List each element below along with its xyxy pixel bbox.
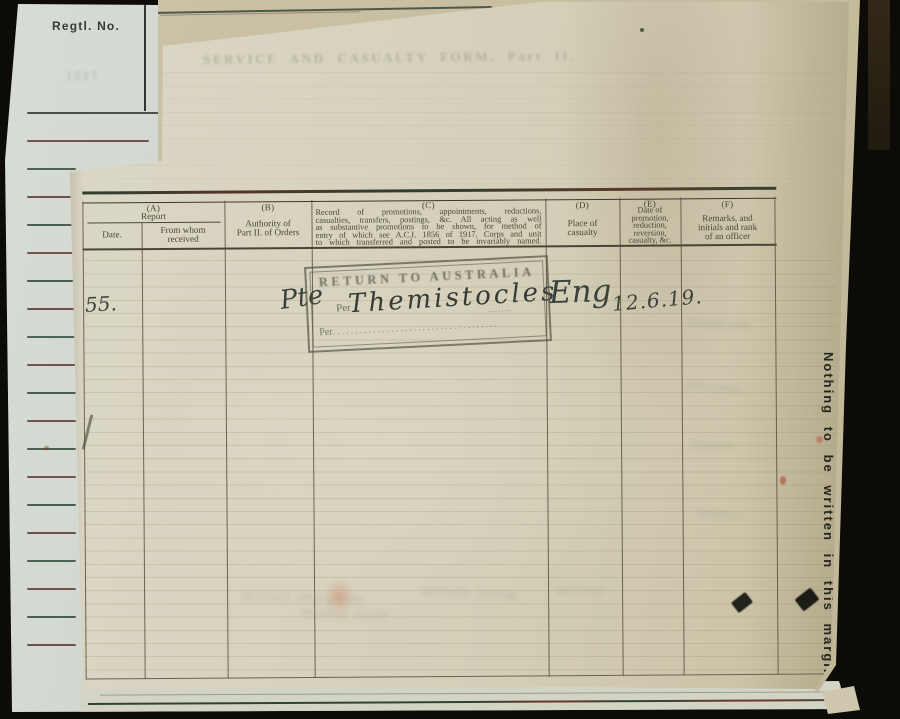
ruled-line-stub [27, 308, 76, 310]
ruled-line-stub [27, 420, 76, 422]
ruled-line-stub [27, 532, 76, 534]
ruled-line-stub [27, 252, 76, 254]
ruled-line-stub [27, 168, 76, 170]
regtl-box-vertical-line [144, 3, 146, 111]
backdrop-brown-strip [868, 0, 890, 150]
bleed-smudge: mvnwm [685, 312, 750, 335]
red-dot [780, 476, 786, 485]
ruled-line-stub [27, 112, 159, 114]
ink-speck [640, 28, 644, 32]
regtl-no-label: Regtl. No. [52, 19, 120, 33]
ruled-line-stub [27, 504, 76, 506]
bleed-smudge: vmnw [697, 503, 744, 525]
bleed-smudge: mnwv [690, 435, 736, 455]
bleed-smudge: wnm mvnw [420, 580, 519, 605]
bleed-smudge: wnvmn [683, 375, 743, 400]
regtl-bleed-number: 7151 [64, 68, 98, 84]
ruled-line-stub [27, 560, 76, 562]
ruled-line-stub [27, 616, 76, 618]
ruled-line-stub [27, 196, 76, 198]
scanned-document-photo: Regtl. No. 7151 SERVICE AND CASUALTY FOR… [0, 0, 900, 719]
ruled-line-stub [27, 392, 76, 394]
ruled-line-stub [27, 448, 76, 450]
ruled-line-stub [27, 336, 76, 338]
ruled-line-stub [27, 364, 76, 366]
ruled-line-stub [27, 224, 76, 226]
bleed-smudge: nvmw [556, 579, 605, 600]
ruled-line-stub [27, 140, 149, 142]
pink-stain [324, 578, 354, 614]
ruled-line-stub [27, 644, 76, 646]
red-speck-left [44, 446, 49, 450]
margin-red-mark [816, 436, 823, 443]
ruled-line-stub [27, 588, 76, 590]
ruled-line-stub [27, 476, 76, 478]
ruled-line-stub [27, 280, 76, 282]
